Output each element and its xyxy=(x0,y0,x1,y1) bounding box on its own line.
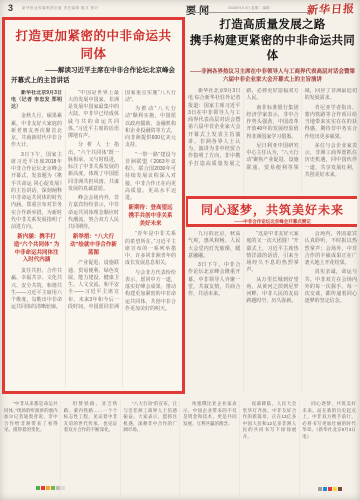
feature-banner: 同心逐梦，共筑美好未来 ——中非合作论坛北京峰会开幕式侧记 xyxy=(186,196,357,227)
feature-body-upper: 九月的北京，秋高气爽，惠风和畅。人民大会堂内灯光璀璨，暖意融融。3日下午，中非合… xyxy=(188,231,357,392)
color-dot xyxy=(328,487,332,491)
body-paragraph: 九月的北京，秋高气爽，惠风和畅。人民大会堂内灯光璀璨，暖意融融。 xyxy=(188,231,240,260)
page-header: 3 新华报业传媒集团出版 责任编辑 版式 校对 要闻 2018年9月4日 星期二… xyxy=(0,0,360,17)
headline-line-1: 打造高质量发展之路 xyxy=(219,19,325,31)
edition-info: 新华报业传媒集团出版 责任编辑 版式 校对 xyxy=(22,6,98,11)
body-paragraph: “这是中非友好大家庭的又一次大团圆！”开幕式上，习近平主席热情洋溢的话语，引来全… xyxy=(246,231,298,275)
article-subhead: 新内涵：携手打造“六个共同体” 为中非命运共同体注入时代内涵 xyxy=(13,234,60,265)
article-subhead: 新举措：“八大行动”绘就中非合作新蓝图 xyxy=(70,234,117,257)
body-paragraph: 南非标准银行集团经济学家表示，非中合作势头强劲，中国改革开放40年的发展经验值得… xyxy=(246,105,298,141)
body-paragraph: “青年是中非关系的希望所在。”习近平主席宣布的一系列举措中，许多同非洲青年的成长… xyxy=(125,231,176,267)
body-paragraph: 从万里长城到好望角，从黄河之滨到尼罗河畔，中非人民的友谊跨越时空、历久弥新。 xyxy=(246,277,298,306)
color-dots-left xyxy=(36,486,65,490)
secondary-article-body: 新华社北京9月3日电 综合新华社驻外记者报道：国家主席习近平3日在中非领导人与工… xyxy=(188,88,357,194)
body-paragraph: 夜幕降临，人民大会堂华灯齐放。中非友好合作的新篇章，正在13亿多中国人民和12亿… xyxy=(243,401,297,440)
page-number: 3 xyxy=(8,3,13,13)
color-dot xyxy=(318,487,322,491)
body-paragraph: 肯尼亚学者指出，蒙内铁路等合作项目给当地带来实实在在的获得感，期待非中务实合作结… xyxy=(305,105,357,141)
body-paragraph: 3日下午，中非合作论坛北京峰会隆重开幕。中非领导人齐聚一堂，共叙友情，共商合作，… xyxy=(188,262,240,298)
body-paragraph: 真实亲诚，命运与共。中非双方在会场内外的每一次握手、每一次交谈，都传递着同心逐梦… xyxy=(305,269,357,305)
color-dot xyxy=(41,486,45,490)
newspaper-page: 3 新华报业传媒集团出版 责任编辑 版式 校对 要闻 2018年9月4日 星期二… xyxy=(0,0,360,500)
body-paragraph: 会场内，各国嘉宾认真聆听，不时报以热烈掌声；会场外，中非合作的丰硕成果正在广袤大… xyxy=(305,231,357,267)
body-paragraph: 多位与会企业家表示，非洲工商界愿抓住历史机遇，同中国伙伴一道，共享发展红利，共创… xyxy=(305,143,357,179)
body-paragraph: 新华社北京9月3日电（记者 李忠发 郑明达） xyxy=(11,90,62,112)
masthead-logo: 新华日报 xyxy=(306,0,355,18)
body-paragraph: 埃塞俄比亚企业家表示，中国企业带来的不仅是资金和技术，更是共同发展、互利共赢的理… xyxy=(183,401,237,427)
body-paragraph: “中国是世界上最大的发展中国家，非洲是发展中国家最集中的大陆，中非早已结成休戚与… xyxy=(68,90,119,141)
body-paragraph: “中非从来都是命运共同体。”现场聆听演讲的塞内加尔记者迪奥普说，非中合作给非洲带… xyxy=(4,401,58,434)
secondary-article-headline: 打造高质量发展之路 携手构建更紧密的中非命运共同体 xyxy=(188,18,357,65)
color-dot xyxy=(333,487,337,491)
lead-article-subtitle: ——解读习近平主席在中非合作论坛北京峰会开幕式上的主旨讲话 xyxy=(11,66,176,86)
color-dot xyxy=(36,486,40,490)
body-paragraph: “八大行动”的宣布，让与会非洲工商界人士倍感振奋。大家表示，愿抓住机遇，深耕非中… xyxy=(123,401,177,434)
body-paragraph: 同心逐梦，共筑美好未来。站在新的历史起点上，中非双方携手前行，必将书写更加壮丽的… xyxy=(302,401,356,440)
color-dot xyxy=(51,486,55,490)
color-dots-right xyxy=(318,487,342,491)
section-title: 要闻 xyxy=(186,2,212,17)
lead-article-headline: 打造更加紧密的中非命运共同体 xyxy=(11,26,176,62)
lead-article-body: 新华社北京9月3日电（记者 李忠发 郑明达）金秋九月，硕果累累。中非友好大家庭的… xyxy=(11,90,176,388)
body-paragraph: 分析人士指出，“六个共同体”既一脉相承，又与时俱进，标注了中非关系发展的新高度，… xyxy=(68,142,119,193)
body-paragraph: 与会非方代表纷纷表示，愿同中方一道，落实好峰会成果，推动构建更加紧密的中非命运共… xyxy=(125,270,176,314)
feature-headline: 同心逐梦，共筑美好未来 xyxy=(188,201,357,218)
secondary-article-subtitle: ——非洲各界热议习主席在中非领导人与工商界代表高层对话会暨第六届中非企业家大会开… xyxy=(190,68,355,85)
header-rule xyxy=(186,12,308,13)
date-line: 2018年9月4日 星期二 编辑： xyxy=(228,6,273,11)
body-paragraph: “一带一路”建设与非洲联盟《2063年议程》、联合国2030年可持续发展议程深入… xyxy=(125,152,176,203)
color-dot xyxy=(46,486,50,490)
body-paragraph: 金秋九月，硕果累累。中非友好大家庭的新老朋友再次聚首北京，共商新时代中非合作大计… xyxy=(11,113,62,149)
headline-line-2: 携手构建更紧密的中非命运共同体 xyxy=(190,35,355,63)
color-dot xyxy=(338,487,342,491)
body-paragraph: 责任共担、合作共赢、幸福共享、文化共兴、安全共筑、和谐共生——习近平主席用六个维… xyxy=(11,268,62,312)
color-dot xyxy=(323,487,327,491)
feature-subtitle: ——中非合作论坛北京峰会开幕式侧记 xyxy=(188,219,357,225)
color-dot xyxy=(61,486,65,490)
article-subhead: 新期待：登高望远 携手共创中非关系美好未来 xyxy=(127,205,174,228)
body-paragraph: 峰会会场内外，非方嘉宾纷纷表示，中非命运共同体理念顺应时代潮流，契合双方人民共同… xyxy=(68,195,119,231)
lead-article-box: 打造更加紧密的中非命运共同体 ——解读习近平主席在中非合作论坛北京峰会开幕式上的… xyxy=(2,17,185,394)
secondary-article: 打造高质量发展之路 携手构建更紧密的中非命运共同体 ——非洲各界热议习主席在中非… xyxy=(188,18,357,194)
feature-body-bottom: “中非从来都是命运共同体。”现场聆听演讲的塞内加尔记者迪奥普说，非中合作给非洲带… xyxy=(4,401,356,496)
body-paragraph: 坦赞铁路、亚吉铁路、蒙内铁路……一个个标志性工程，见证着中非友谊的世代传承，也见… xyxy=(64,401,118,434)
body-paragraph: 为推动“八大行动”顺利实施，中国愿以政府援助、金融机构和企业投融资等方式，向非洲… xyxy=(125,106,176,150)
body-paragraph: 3日下午，国家主席习近平出席2018年中非合作论坛北京峰会开幕式，发表题为《携手… xyxy=(11,152,62,232)
color-dot xyxy=(56,486,60,490)
